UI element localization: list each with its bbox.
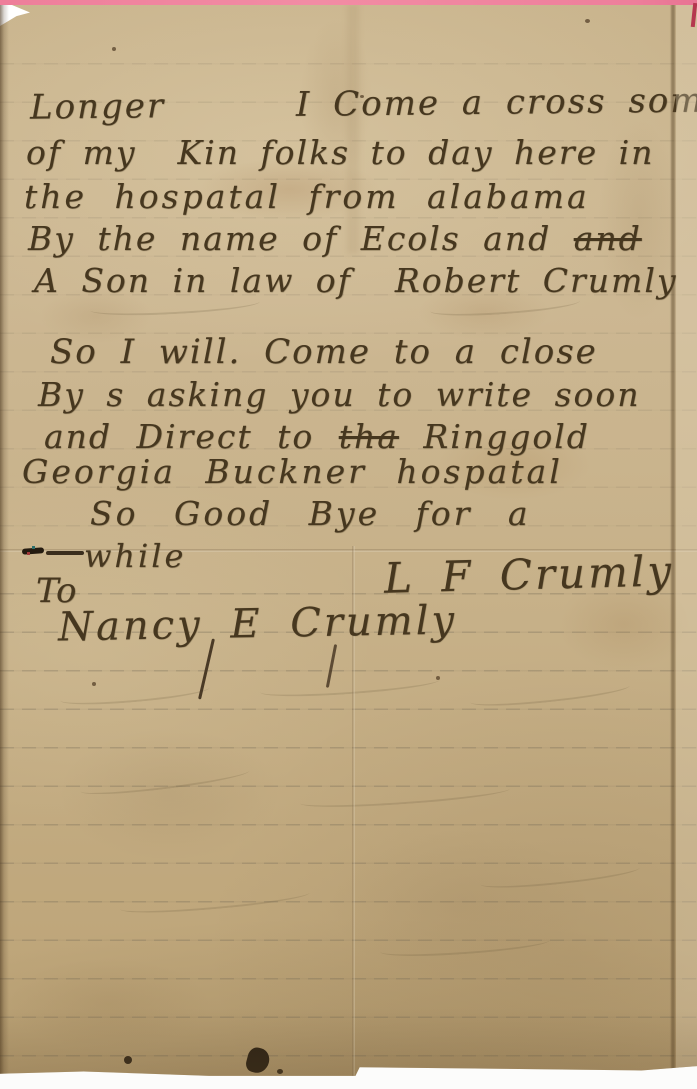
bleed-through-stroke [470, 678, 631, 711]
letter-line-10: So Good Bye for a [90, 494, 531, 533]
ink-blot [124, 1056, 132, 1064]
recipient-name: Nancy E Crumly [58, 598, 458, 651]
bleed-through-stroke [260, 672, 441, 701]
strikethrough-word-and: and [574, 219, 642, 258]
ink-speck [112, 47, 116, 51]
strikethrough-word-tha: tha [339, 417, 399, 456]
signature: L F Crumly [383, 546, 674, 603]
bleed-through-stroke [300, 781, 511, 812]
letter-line-8: and Direct to tha Ringgold [44, 417, 590, 456]
letter-line-8-after: Ringgold [399, 417, 590, 456]
ink-speck [436, 676, 440, 680]
scan-artifact-dot [32, 546, 35, 549]
bleed-through-stroke [80, 763, 251, 800]
letter-line-5: A Son in law of Robert Crumly [34, 261, 678, 300]
stain [8, 958, 210, 1050]
paper-sheet: Longer I Come a cross some of my Kin fol… [0, 0, 697, 1078]
letter-line-8-text: and Direct to [44, 417, 339, 456]
letter-scan: Longer I Come a cross some of my Kin fol… [0, 0, 697, 1089]
ink-speck [92, 682, 96, 686]
letter-line-6: So I will. Come to a close [50, 332, 598, 372]
bleed-through-stroke [60, 679, 211, 708]
letter-line-2: of my Kin folks to day here in [26, 133, 654, 172]
letter-line-1: Longer I Come a cross some [30, 80, 697, 127]
dash-mark [46, 551, 84, 555]
flourish-tail [326, 644, 337, 688]
paper-bottom-shadow [0, 1008, 697, 1078]
paper-left-edge-shadow [0, 0, 9, 1078]
paper-right-edge-line [671, 0, 675, 1078]
ink-speck [585, 19, 590, 23]
letter-line-4: By the name of Ecols and and [28, 219, 642, 258]
fold-crease-vertical-top [347, 4, 359, 254]
scan-artifact-dot [27, 552, 30, 555]
letter-line-9: Georgia Buckner hospatal [22, 452, 563, 491]
letter-line-4-text: By the name of Ecols and [28, 219, 574, 258]
stain [58, 728, 280, 860]
ink-speck [360, 95, 364, 98]
letter-line-11: while [84, 537, 186, 575]
bleed-through-stroke [380, 932, 551, 960]
ink-blot [277, 1069, 283, 1074]
bleed-through-stroke [120, 885, 311, 917]
letter-line-7: By s asking you to write soon [38, 375, 641, 414]
ink-blot [244, 1046, 272, 1076]
adjacent-page-strip [676, 0, 697, 1078]
scanner-pink-edge [0, 0, 697, 5]
bleed-through-stroke [480, 860, 641, 893]
letter-line-3: the hospatal from alabama [24, 177, 590, 216]
stain [328, 828, 590, 980]
